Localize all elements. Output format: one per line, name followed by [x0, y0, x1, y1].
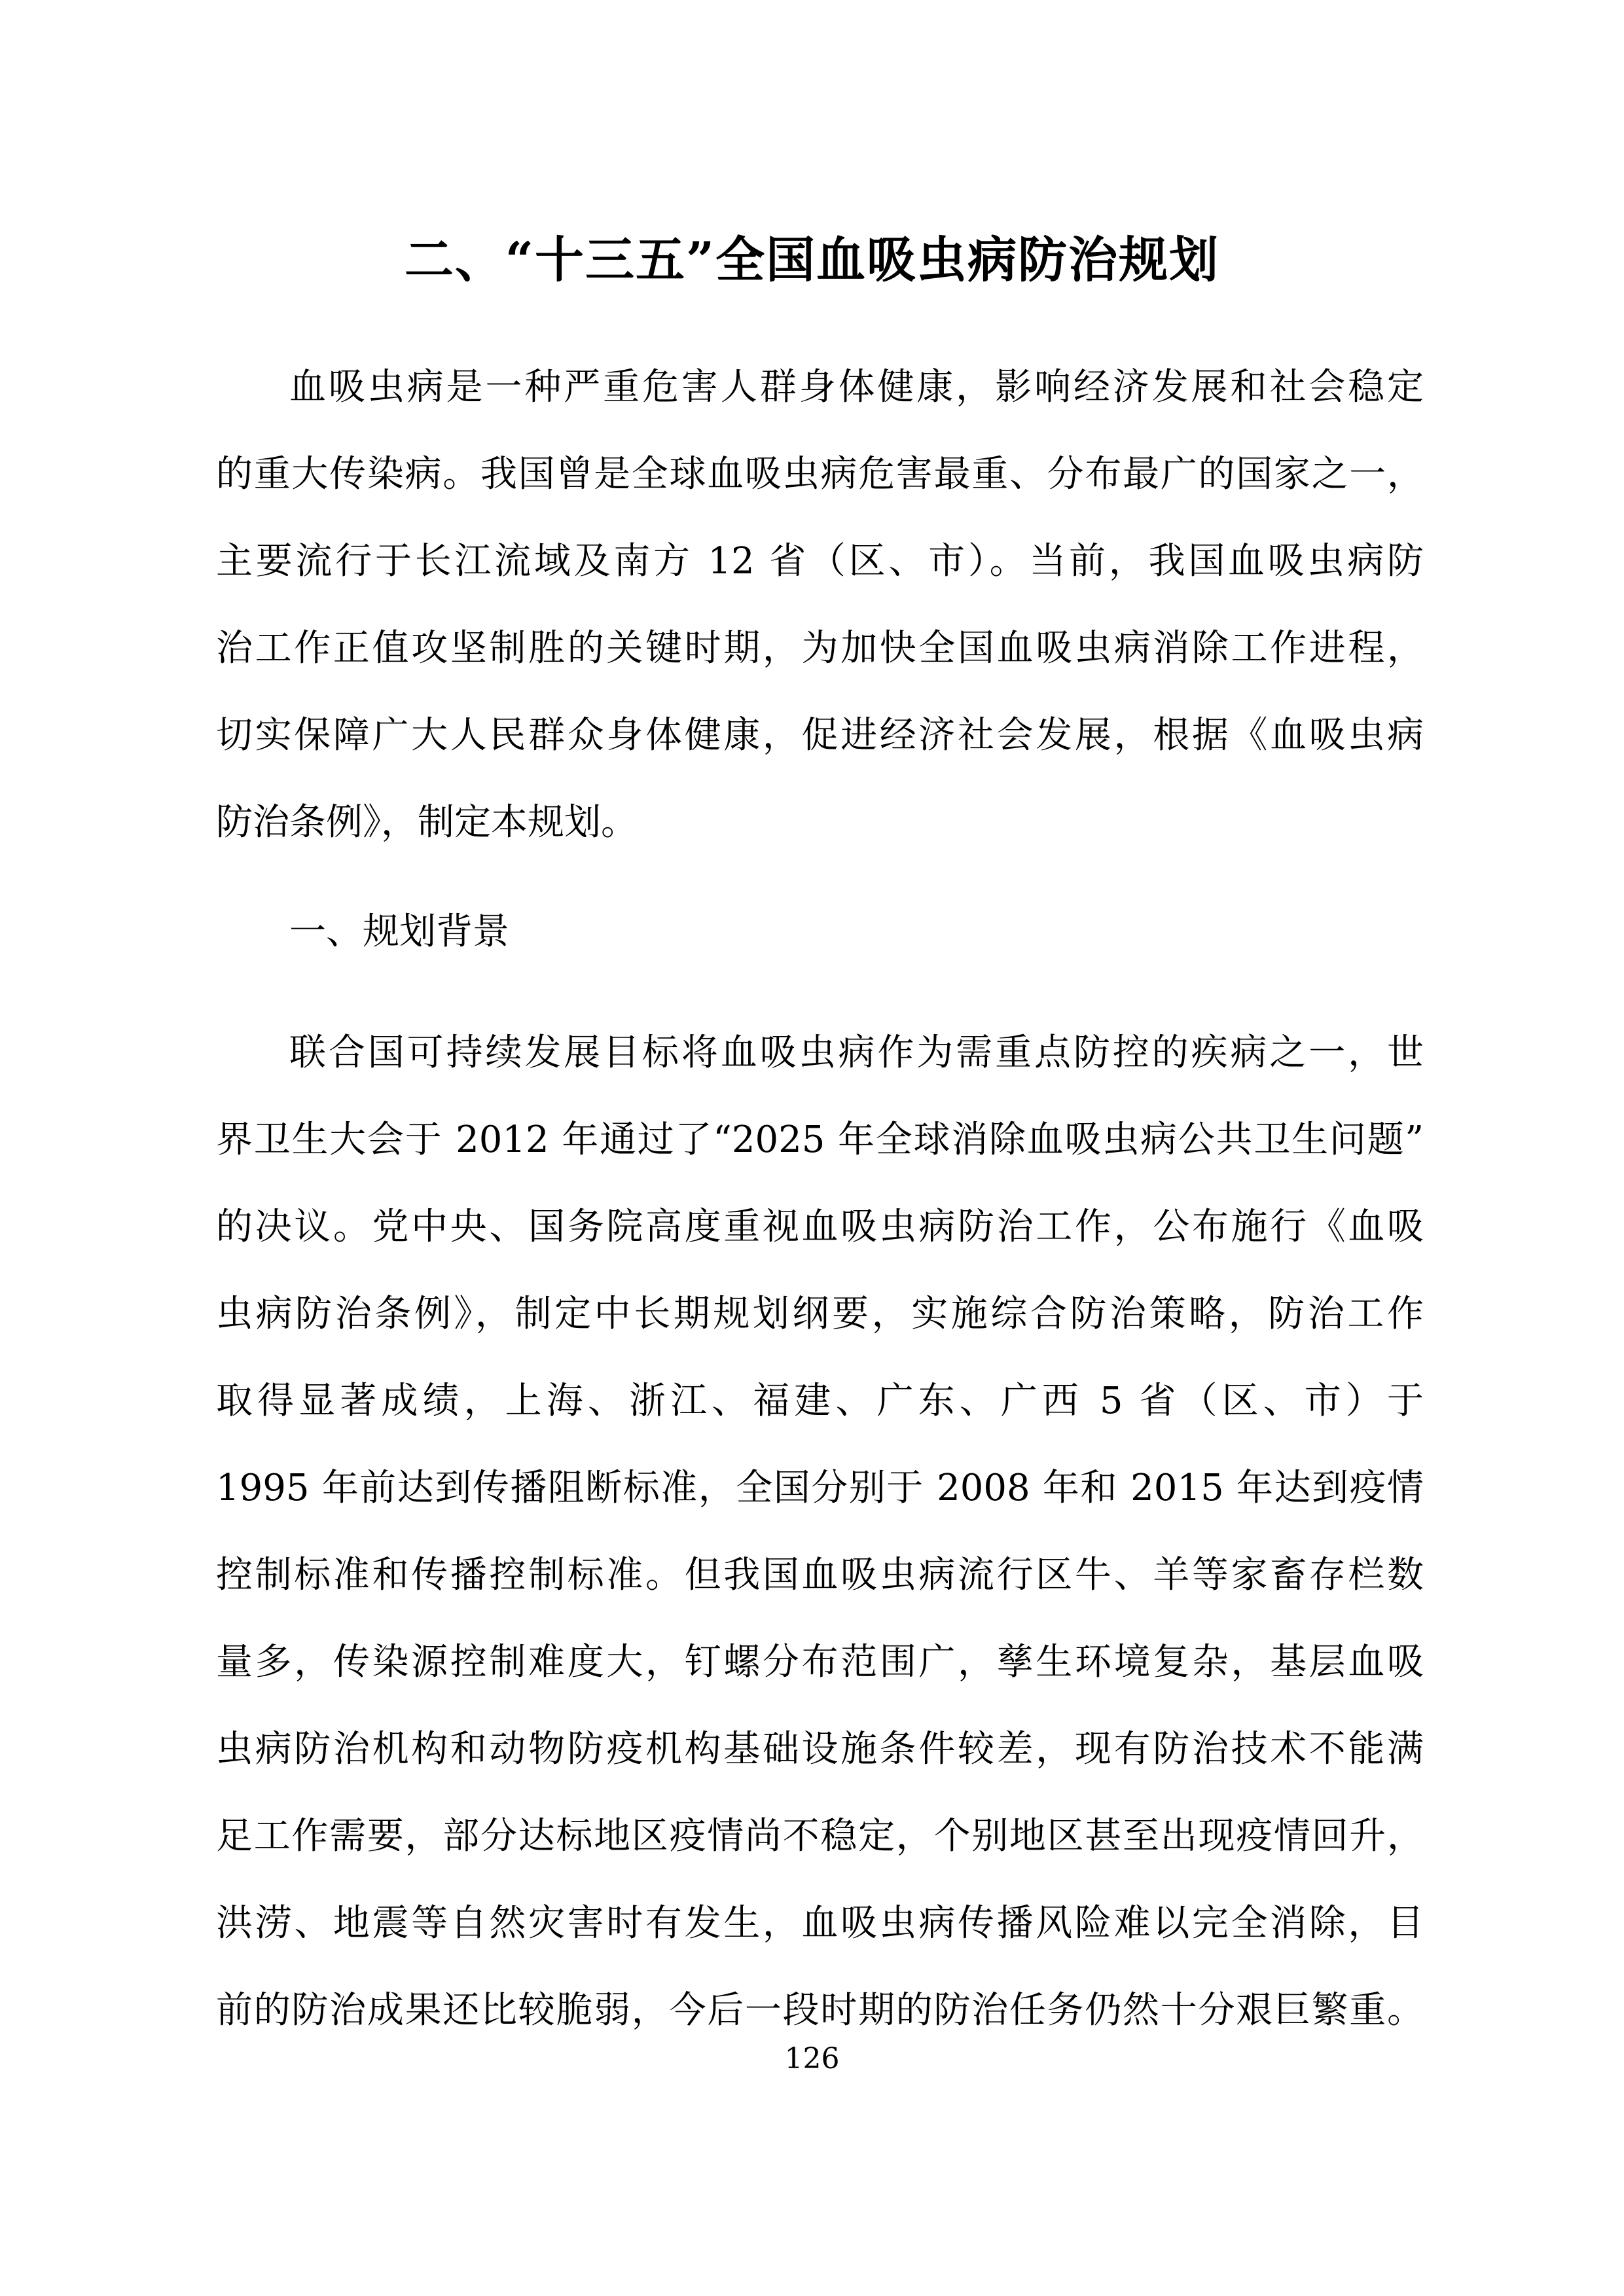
paragraph-1-line-2: 的重大传染病。我国曾是全球血吸虫病危害最重、分布最广的国家之一，: [216, 431, 1424, 518]
paragraph-2-line-2: 界卫生大会于 2012 年通过了“2025 年全球消除血吸虫病公共卫生问题”: [216, 1096, 1424, 1183]
paragraph-2-line-8: 量多，传染源控制难度大，钉螺分布范围广，孳生环境复杂，基层血吸: [216, 1619, 1424, 1706]
paragraph-2-line-4: 虫病防治条例》，制定中长期规划纲要，实施综合防治策略，防治工作: [216, 1270, 1424, 1357]
paragraph-2-line-11: 洪涝、地震等自然灾害时有发生，血吸虫病传播风险难以完全消除，目: [216, 1880, 1424, 1967]
paragraph-2-line-7: 控制标准和传播控制标准。但我国血吸虫病流行区牛、羊等家畜存栏数: [216, 1532, 1424, 1619]
paragraph-1-line-5: 切实保障广大人民群众身体健康，促进经济社会发展，根据《血吸虫病: [216, 692, 1424, 779]
paragraph-1-line-6: 防治条例》，制定本规划。: [216, 779, 1424, 866]
paragraph-2-line-5: 取得显著成绩，上海、浙江、福建、广东、广西 5 省（区、市）于: [216, 1357, 1424, 1444]
paragraph-1-line-4: 治工作正值攻坚制胜的关键时期，为加快全国血吸虫病消除工作进程，: [216, 605, 1424, 692]
paragraph-1: 血吸虫病是一种严重危害人群身体健康，影响经济发展和社会稳定 的重大传染病。我国曾…: [216, 344, 1424, 866]
paragraph-2: 联合国可持续发展目标将血吸虫病作为需重点防控的疾病之一，世 界卫生大会于 201…: [216, 1009, 1424, 2054]
paragraph-1-line-1: 血吸虫病是一种严重危害人群身体健康，影响经济发展和社会稳定: [216, 344, 1424, 431]
paragraph-2-line-1: 联合国可持续发展目标将血吸虫病作为需重点防控的疾病之一，世: [216, 1009, 1424, 1096]
paragraph-2-line-10: 足工作需要，部分达标地区疫情尚不稳定，个别地区甚至出现疫情回升，: [216, 1793, 1424, 1880]
paragraph-2-line-3: 的决议。党中央、国务院高度重视血吸虫病防治工作，公布施行《血吸: [216, 1183, 1424, 1270]
section-heading: 一、规划背景: [216, 888, 1424, 975]
document-title: 二、“十三五”全国血吸虫病防治规划: [208, 226, 1416, 295]
document-page: 二、“十三五”全国血吸虫病防治规划 血吸虫病是一种严重危害人群身体健康，影响经济…: [0, 0, 1624, 2296]
paragraph-2-line-6: 1995 年前达到传播阻断标准，全国分别于 2008 年和 2015 年达到疫情: [216, 1444, 1424, 1532]
page-number: 126: [0, 2041, 1624, 2077]
paragraph-2-line-9: 虫病防治机构和动物防疫机构基础设施条件较差，现有防治技术不能满: [216, 1706, 1424, 1793]
paragraph-1-line-3: 主要流行于长江流域及南方 12 省（区、市）。当前，我国血吸虫病防: [216, 518, 1424, 605]
